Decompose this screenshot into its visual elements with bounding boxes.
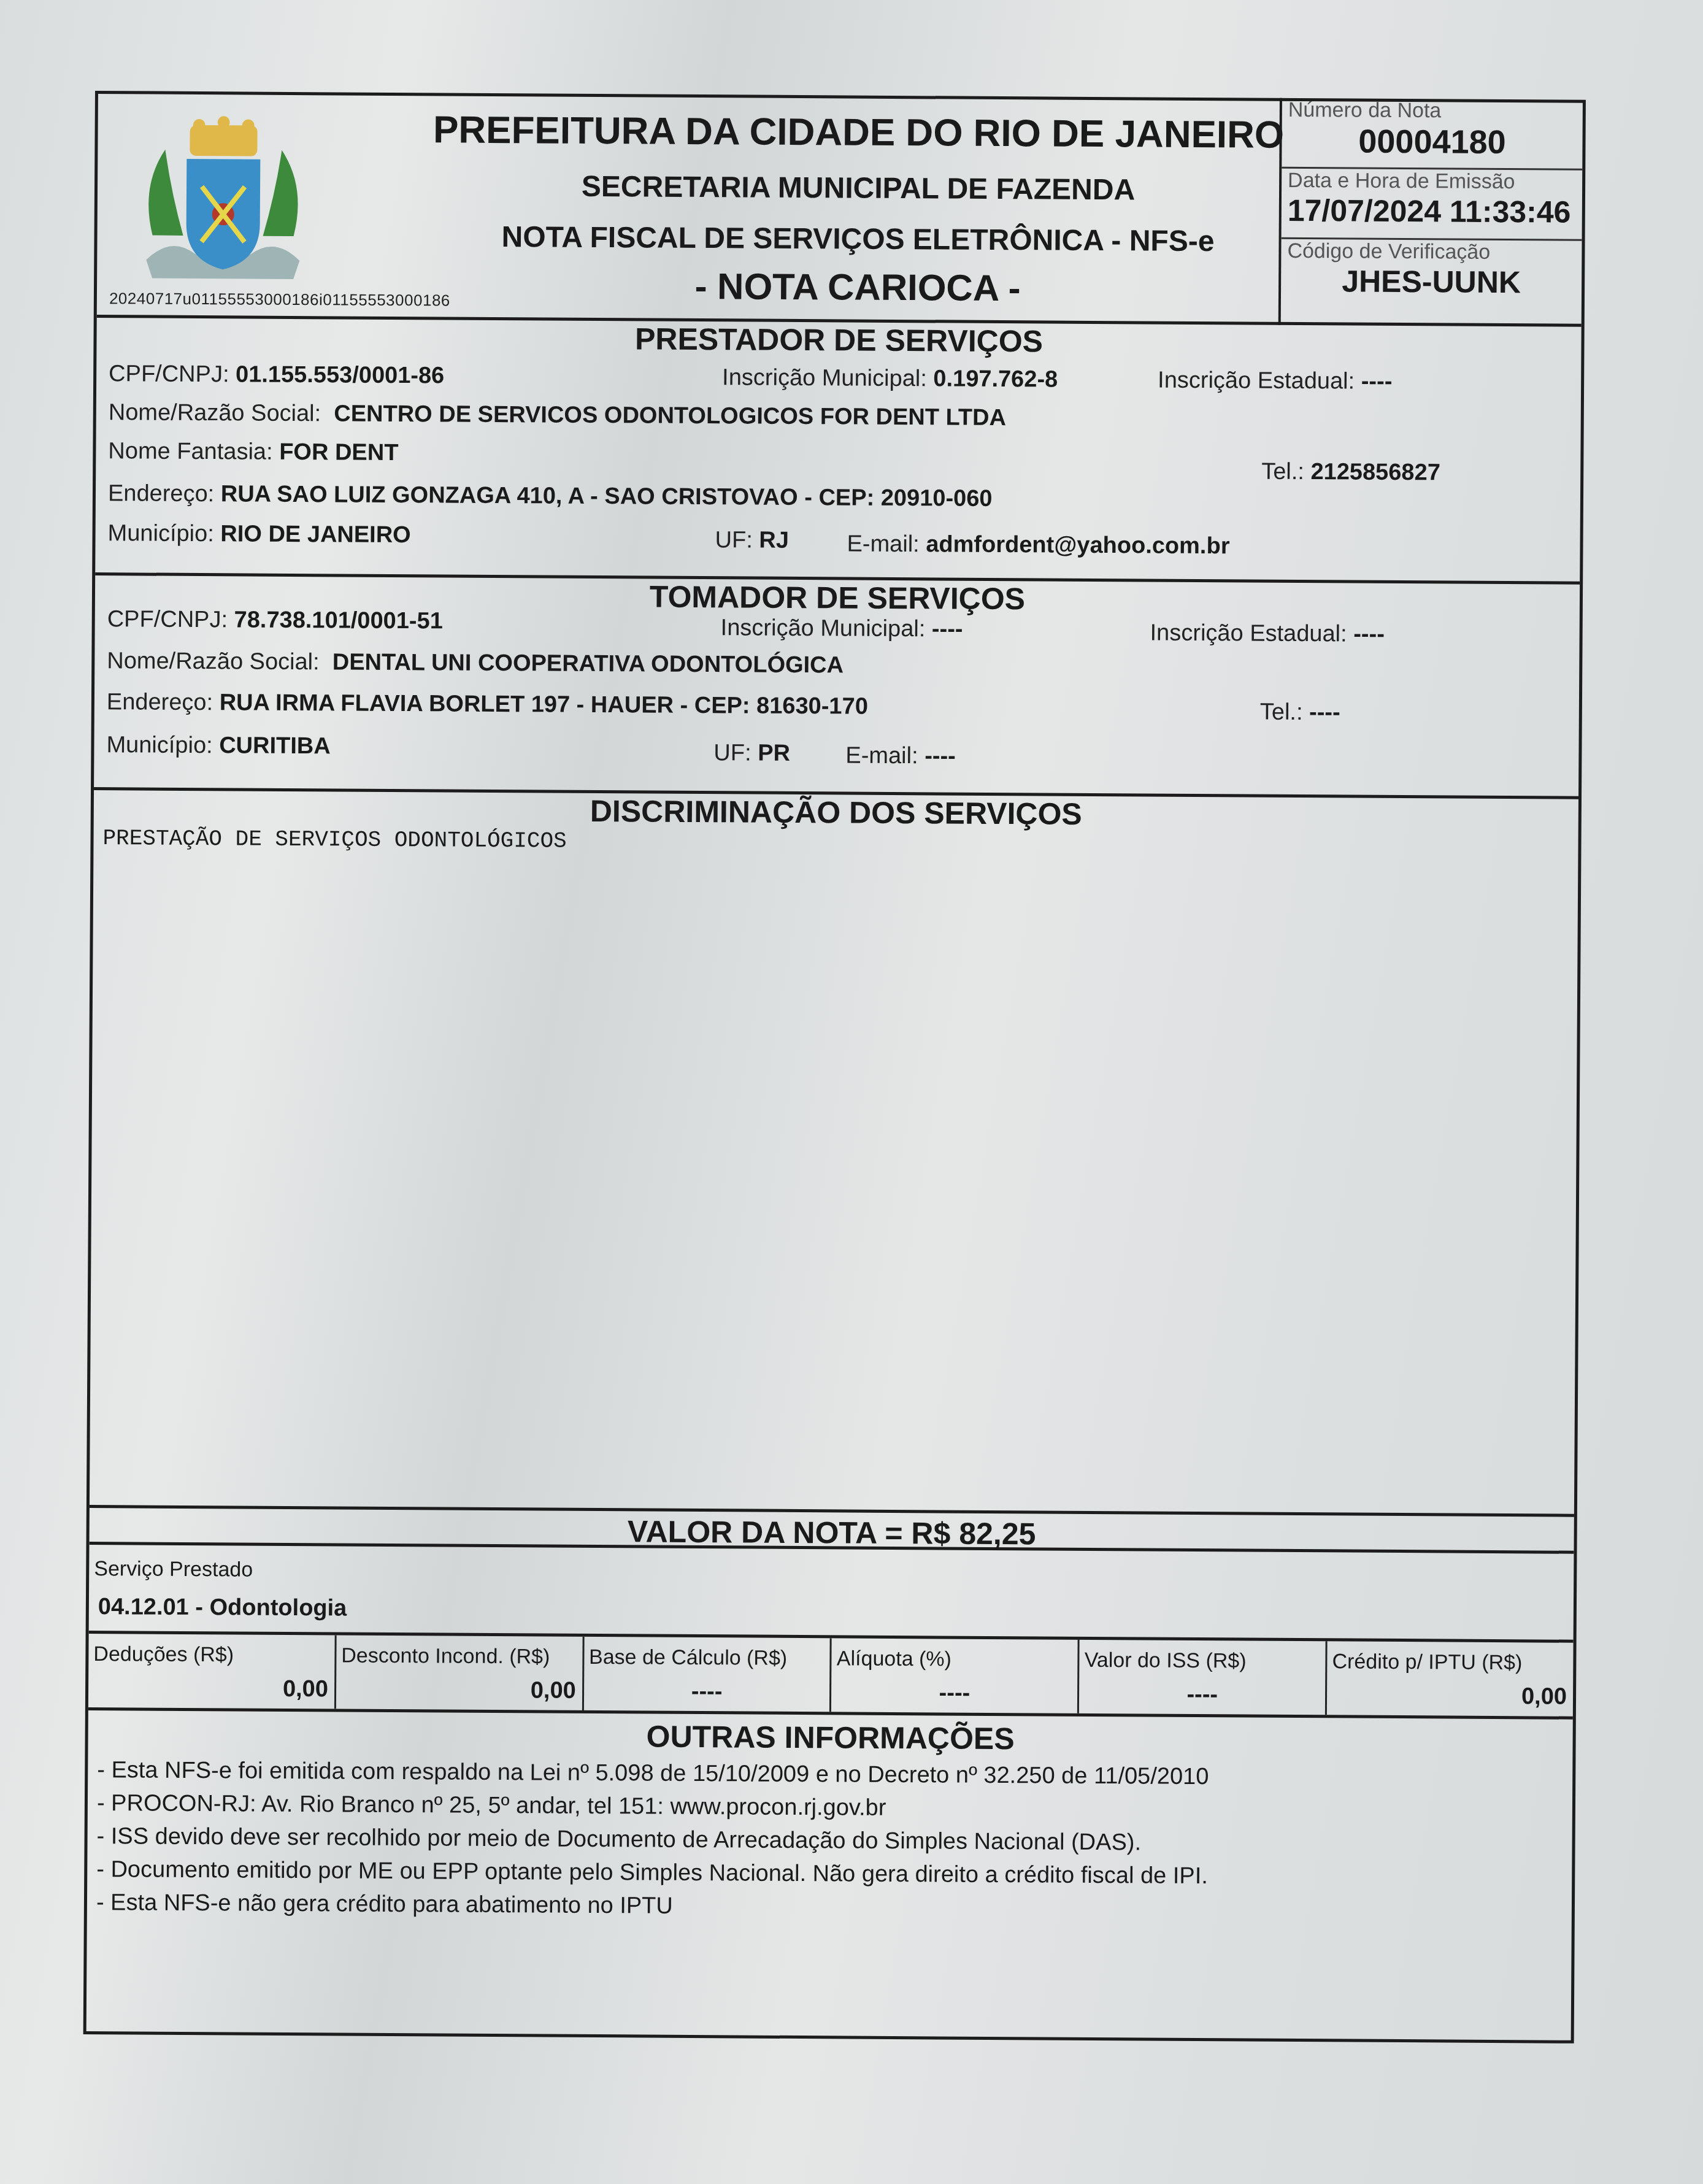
list-item: - Esta NFS-e não gera crédito para abati… [96,1886,1208,1926]
prestador-uf: UF: RJ [715,527,789,554]
tomador-municipio: Município: CURITIBA [106,732,331,759]
outras-informacoes-section: OUTRAS INFORMAÇÕES - Esta NFS-e foi emit… [86,1710,1573,2047]
data-emissao-value: 17/07/2024 11:33:46 [1288,193,1576,230]
data-emissao-label: Data e Hora de Emissão [1288,169,1576,194]
nota-carioca-title: - NOTA CARIOCA - [330,263,1385,312]
outras-list: - Esta NFS-e foi emitida com respaldo na… [87,1753,1209,1926]
prestador-tel: Tel.: 2125856827 [1261,459,1440,486]
servico-label: Serviço Prestado [94,1557,253,1582]
prestador-fantasia: Nome Fantasia: FOR DENT [108,438,398,466]
tomador-section: TOMADOR DE SERVIÇOS CPF/CNPJ: 78.738.101… [94,575,1580,799]
tomador-tel: Tel.: ---- [1260,699,1340,726]
tomador-cnpj: CPF/CNPJ: 78.738.101/0001-51 [107,606,443,634]
prestador-ie: Inscrição Estadual: ---- [1158,367,1393,395]
tax-deducoes: Deduções (R$)0,00 [88,1634,337,1709]
codigo-verificacao-label: Código de Verificação [1287,239,1575,265]
prefeitura-title: PREFEITURA DA CIDADE DO RIO DE JANEIRO [331,107,1386,158]
tomador-endereco: Endereço: RUA IRMA FLAVIA BORLET 197 - H… [107,689,868,720]
discriminacao-text: PRESTAÇÃO DE SERVIÇOS ODONTOLÓGICOS [102,826,566,854]
codigo-verificacao-cell: Código de Verificação JHES-UUNK [1281,239,1582,324]
numero-nota-label: Número da Nota [1288,98,1577,124]
prestador-section: PRESTADOR DE SERVIÇOS CPF/CNPJ: 01.155.5… [95,318,1582,585]
prestador-im: Inscrição Municipal: 0.197.762-8 [722,364,1058,393]
prestador-email: E-mail: admfordent@yahoo.com.br [847,531,1229,560]
tax-aliquota: Alíquota (%)---- [831,1638,1080,1713]
tax-valor-iss: Valor do ISS (R$)---- [1079,1640,1328,1715]
document-header: 20240717u01155553000186i01155553000186 P… [97,94,1583,327]
nfse-document: 20240717u01155553000186i01155553000186 P… [83,91,1586,2044]
secretaria-title: SECRETARIA MUNICIPAL DE FAZENDA [331,168,1386,209]
tax-table: Deduções (R$)0,00 Desconto Incond. (R$)0… [88,1634,1574,1720]
servico-section: Serviço Prestado 04.12.01 - Odontologia [89,1545,1574,1643]
doc-type-title: NOTA FISCAL DE SERVIÇOS ELETRÔNICA - NFS… [330,219,1385,260]
tomador-razao: Nome/Razão Social: DENTAL UNI COOPERATIV… [107,648,844,679]
prestador-endereco: Endereço: RUA SAO LUIZ GONZAGA 410, A - … [108,480,993,512]
prestador-cnpj: CPF/CNPJ: 01.155.553/0001-86 [109,361,444,389]
prestador-razao: Nome/Razão Social: CENTRO DE SERVICOS OD… [109,399,1006,431]
numero-nota-value: 00004180 [1288,122,1576,162]
header-titles: PREFEITURA DA CIDADE DO RIO DE JANEIRO S… [330,107,1386,312]
tomador-ie: Inscrição Estadual: ---- [1150,620,1385,648]
codigo-verificacao-value: JHES-UUNK [1287,263,1575,301]
outras-title: OUTRAS INFORMAÇÕES [88,1710,1572,1760]
data-emissao-cell: Data e Hora de Emissão 17/07/2024 11:33:… [1282,169,1583,241]
tomador-im: Inscrição Municipal: ---- [721,615,963,642]
tax-base-calculo: Base de Cálculo (R$)---- [584,1637,832,1712]
discriminacao-section: DISCRIMINAÇÃO DOS SERVIÇOS PRESTAÇÃO DE … [90,790,1578,1517]
tax-desconto: Desconto Incond. (R$)0,00 [336,1635,585,1710]
rio-coat-of-arms-icon [134,112,313,285]
prestador-municipio: Município: RIO DE JANEIRO [107,520,410,548]
tax-credito-iptu: Crédito p/ IPTU (R$)0,00 [1327,1641,1574,1716]
servico-value: 04.12.01 - Odontologia [98,1594,347,1621]
nota-meta-box: Número da Nota 00004180 Data e Hora de E… [1278,98,1583,327]
tomador-uf: UF: PR [713,740,790,767]
tomador-email: E-mail: ---- [845,742,956,769]
numero-nota-cell: Número da Nota 00004180 [1282,98,1583,171]
